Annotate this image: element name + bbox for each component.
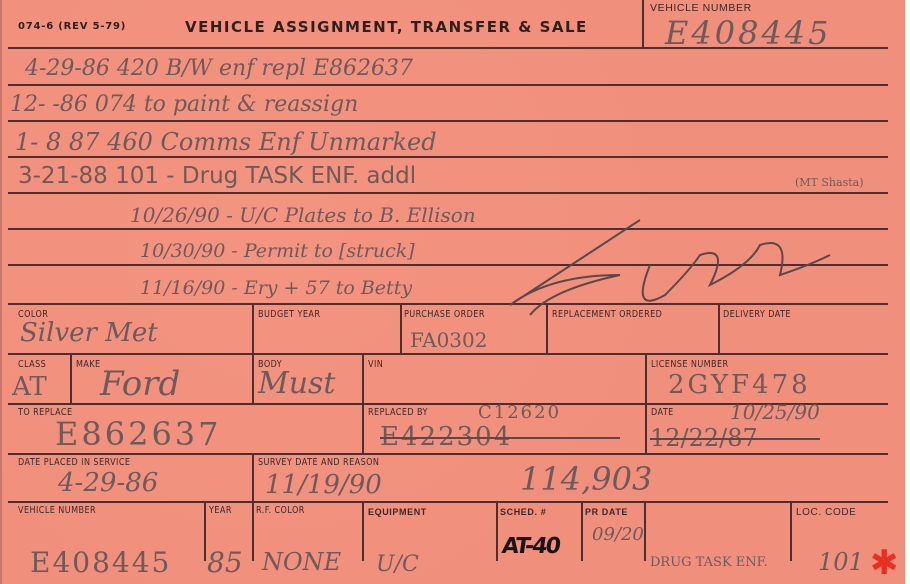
year-value: 85 (207, 546, 243, 579)
rule (8, 501, 888, 503)
history-entry: 10/26/90 - U/C Plates to B. Ellison (130, 203, 476, 227)
header-rule (8, 47, 888, 49)
date-placed-in-service-value: 4-29-86 (58, 468, 158, 498)
rule (8, 84, 888, 86)
divider (546, 303, 548, 353)
form-title: VEHICLE ASSIGNMENT, TRANSFER & SALE (185, 18, 588, 36)
divider (252, 501, 254, 561)
survey-date-value: 11/19/90 (265, 470, 382, 500)
body-value: Must (258, 366, 336, 401)
history-entry: 3-21-88 101 - Drug TASK ENF. addl (18, 163, 416, 189)
divider (252, 353, 254, 403)
sched-label: SCHED. # (500, 507, 546, 517)
history-note: (MT Shasta) (795, 176, 863, 189)
survey-date-and-reason-label: SURVEY DATE AND REASON (258, 457, 379, 468)
equipment-value: U/C (376, 552, 419, 577)
divider (400, 303, 402, 353)
divider (252, 303, 254, 353)
year-label: YEAR (209, 505, 232, 516)
divider (252, 453, 254, 501)
loc-code-label: LOC. CODE (796, 507, 856, 518)
equipment-label: EQUIPMENT (368, 507, 427, 517)
vehicle-assignment-card: 074-6 (REV 5-79) VEHICLE ASSIGNMENT, TRA… (0, 0, 905, 584)
history-entry: 10/30/90 - Permit to [struck] (140, 240, 415, 262)
rf-color-label: R.F. COLOR (256, 505, 305, 516)
rule (8, 120, 888, 122)
delivery-date-label: DELIVERY DATE (723, 309, 791, 320)
sched-value: AT-40 (500, 534, 560, 559)
class-label: CLASS (18, 359, 46, 370)
rule (8, 353, 888, 355)
pr-date-label: PR DATE (585, 507, 628, 517)
divider (790, 501, 792, 561)
rf-color-value: NONE (262, 548, 341, 576)
red-asterisk-mark: ✱ (870, 546, 899, 580)
date-value: 10/25/90 (730, 400, 820, 424)
license-number-label: LICENSE NUMBER (651, 359, 729, 370)
divider (581, 501, 583, 561)
vehicle-number-label: VEHICLE NUMBER (650, 2, 752, 14)
bottom-vehicle-number-value: E408445 (30, 546, 171, 579)
replaced-by-value: C12620 (478, 402, 561, 423)
loc-code-value: 101 (818, 548, 864, 576)
divider (644, 501, 646, 561)
budget-year-label: BUDGET YEAR (258, 309, 320, 320)
divider (362, 501, 364, 561)
history-entry: 11/16/90 - Ery + 57 to Betty (140, 277, 412, 299)
vin-label: VIN (368, 359, 383, 370)
rule (8, 453, 888, 455)
card-edge (0, 0, 2, 584)
class-value: AT (12, 372, 47, 402)
task-note-value: DRUG TASK ENF. (650, 555, 768, 570)
history-entry: 4-29-86 420 B/W enf repl E862637 (25, 56, 413, 81)
license-number-value: 2GYF478 (668, 370, 811, 400)
divider (204, 501, 206, 561)
history-entry: 12- -86 074 to paint & reassign (10, 92, 358, 117)
divider (496, 501, 498, 561)
replacement-ordered-label: REPLACEMENT ORDERED (552, 309, 662, 320)
strike-through (380, 437, 620, 439)
purchase-order-value: FA0302 (410, 328, 487, 352)
replaced-by-label: REPLACED BY (368, 407, 428, 418)
strike-through (650, 438, 820, 440)
rule (8, 156, 888, 158)
to-replace-value: E862637 (55, 415, 222, 453)
date-placed-in-service-label: DATE PLACED IN SERVICE (18, 457, 130, 468)
divider (718, 303, 720, 353)
make-label: MAKE (76, 359, 101, 370)
history-entry: 1- 8 87 460 Comms Enf Unmarked (15, 128, 437, 156)
color-value: Silver Met (20, 318, 158, 348)
divider (642, 0, 644, 47)
purchase-order-label: PURCHASE ORDER (404, 309, 485, 320)
make-value: Ford (100, 364, 180, 404)
divider (70, 353, 72, 403)
rule (8, 192, 888, 194)
form-number: 074-6 (REV 5-79) (18, 21, 126, 32)
bottom-vehicle-number-label: VEHICLE NUMBER (18, 505, 96, 516)
survey-mileage-value: 114,903 (520, 460, 652, 498)
pr-date-value: 09/20 (592, 524, 644, 545)
date-label: DATE (651, 407, 674, 418)
